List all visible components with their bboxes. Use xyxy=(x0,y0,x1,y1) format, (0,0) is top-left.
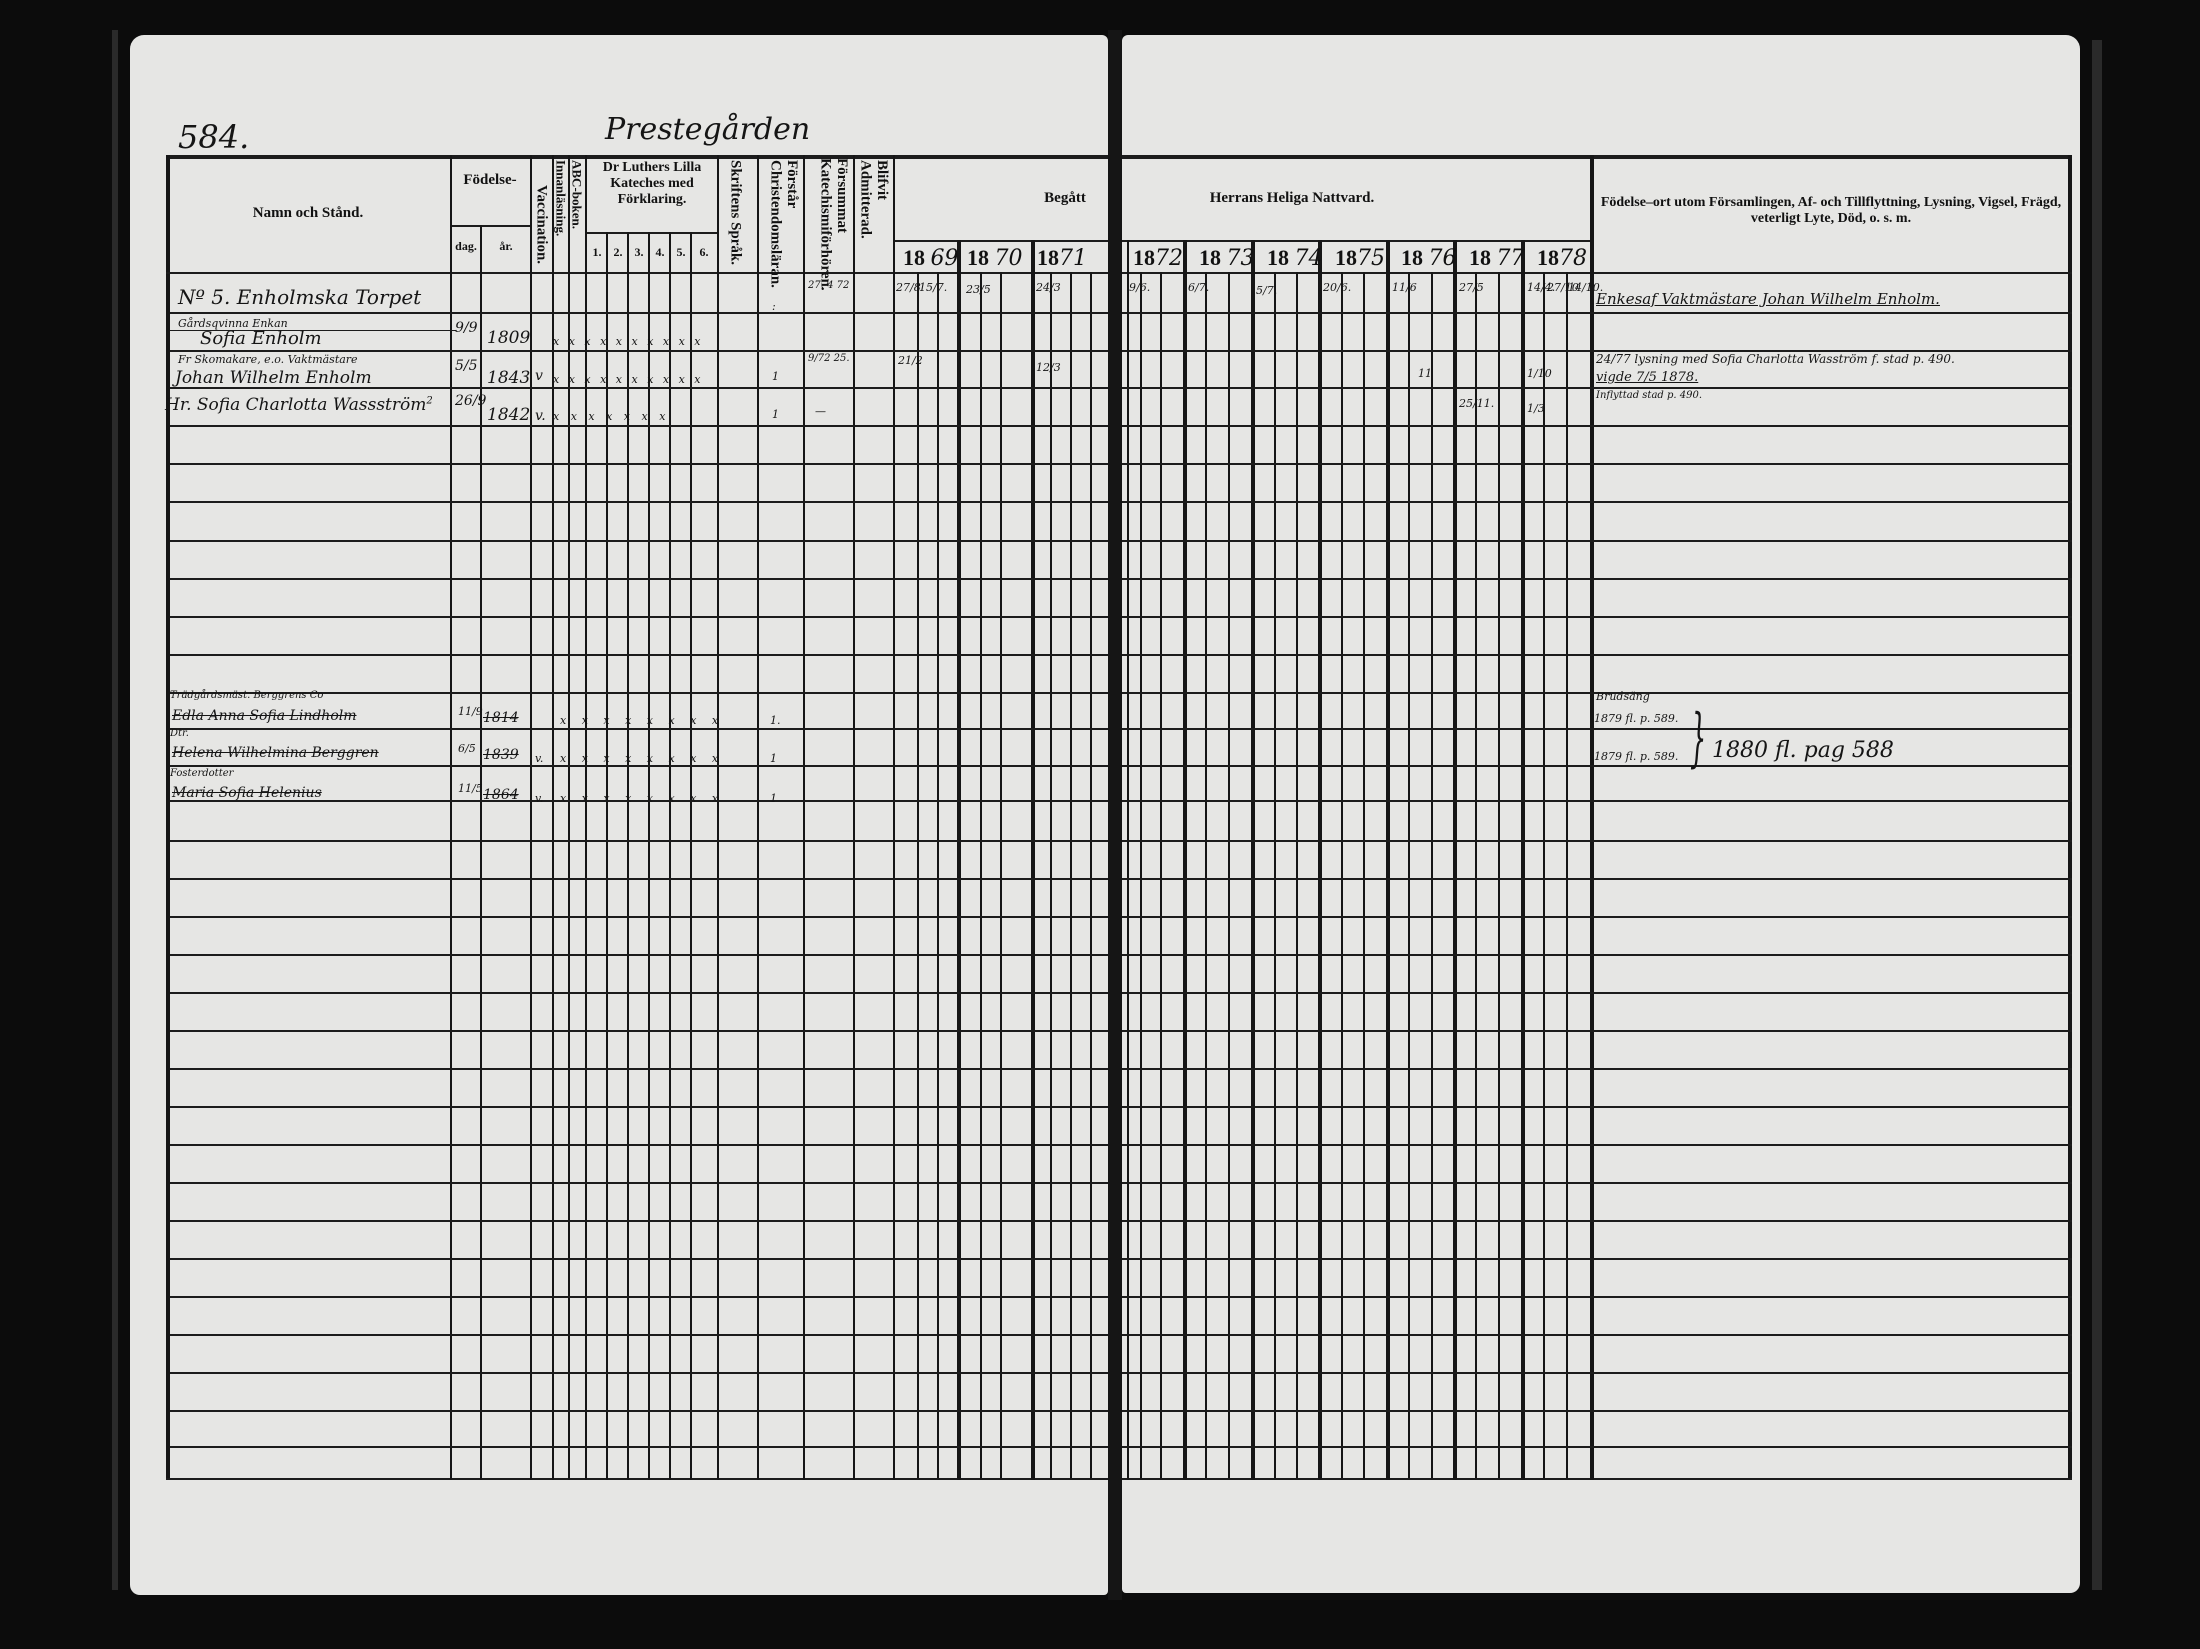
catechism-part-1: 1. xyxy=(587,246,607,260)
entry-vaccination: v. xyxy=(535,408,546,424)
row-line xyxy=(170,954,1108,956)
communion-1869-b: 15/7. xyxy=(919,282,947,294)
row-line xyxy=(1122,387,2072,389)
year-1870: 18 70 xyxy=(967,245,1023,271)
brace-icon: } xyxy=(1690,706,1706,770)
entry-col-christian: 1 xyxy=(770,792,777,805)
header-remarks: Födelse–ort utom Församlingen, Af- och T… xyxy=(1596,195,2066,227)
entry-col-christian: 1 xyxy=(772,408,779,421)
col-line xyxy=(480,225,482,1480)
right-table-bottom-border xyxy=(1122,1478,2072,1480)
header-birth-year: år. xyxy=(482,240,530,254)
right-header-bottom xyxy=(1122,272,2072,274)
row-line xyxy=(170,1220,1108,1222)
row-line xyxy=(1122,800,2072,802)
communion-1872: 9/6. xyxy=(1129,282,1150,294)
year-1876: 18 76 xyxy=(1401,245,1457,271)
header-abc-book: ABC-boken. xyxy=(569,160,583,229)
col-line xyxy=(717,155,719,1480)
nattvard-subheader-line xyxy=(1122,240,1590,242)
communion-1878-row3: 1/10 xyxy=(1527,368,1552,380)
remark: Brudsäng xyxy=(1596,690,1650,703)
begatt-subheader-line xyxy=(893,240,1108,242)
row-line xyxy=(170,350,1108,352)
entry-birth-year: 1843 xyxy=(487,368,530,388)
entry-birth-day: 11/9 xyxy=(458,705,483,718)
year-1875: 1875 xyxy=(1335,245,1385,271)
row-line xyxy=(1122,916,2072,918)
entry-name: Maria Sofia Helenius xyxy=(172,785,322,801)
row-line xyxy=(170,840,1108,842)
left-header-bottom xyxy=(166,272,1108,274)
header-christian-doctrine: Förstår Christendomsläran. xyxy=(762,160,800,270)
year-1869: 18 69 xyxy=(903,245,959,271)
catechism-part-5: 5. xyxy=(671,246,691,260)
catechism-part-6: 6. xyxy=(692,246,716,260)
row-line xyxy=(1122,1446,2072,1448)
left-table-bottom-border xyxy=(166,1478,1108,1480)
row-line xyxy=(1122,1182,2072,1184)
entry-vaccination: v. xyxy=(535,792,543,805)
row-line xyxy=(1122,1068,2072,1070)
header-begatt: Begått xyxy=(1020,190,1110,207)
row-line xyxy=(1122,463,2072,465)
row-line xyxy=(1122,728,2072,730)
remark: 24/77 lysning med Sofia Charlotta Wasstr… xyxy=(1596,352,1955,366)
row-line xyxy=(170,1334,1108,1336)
entry-marks: x x x x x x x xyxy=(553,410,669,423)
col-line xyxy=(530,155,532,1480)
header-catechism: Dr Luthers Lilla Kateches med Förklaring… xyxy=(587,160,717,208)
row-line xyxy=(1122,1296,2072,1298)
year-1874: 18 74 xyxy=(1267,245,1323,271)
row-line xyxy=(170,878,1108,880)
right-table-right-border xyxy=(2068,155,2072,1480)
communion-1877: 27/5 xyxy=(1459,282,1484,294)
row-line xyxy=(1122,840,2072,842)
col-line xyxy=(690,232,692,1480)
communion-1874: 5/7. xyxy=(1256,285,1277,297)
communion-1877-row4: 25/11. xyxy=(1459,398,1494,410)
page-edge-right xyxy=(2092,40,2102,1590)
col-line xyxy=(853,155,855,1480)
row-line xyxy=(170,992,1108,994)
header-scripture-language: Skriftens Språk. xyxy=(727,160,744,265)
header-reading: Innanläsning. xyxy=(553,160,567,236)
communion-1870-a: 23/5 xyxy=(966,284,991,296)
remark: vigde 7/5 1878. xyxy=(1596,370,1698,385)
col-line xyxy=(757,155,759,1480)
household-title: Nº 5. Enholmska Torpet xyxy=(178,285,421,309)
communion-1873: 6/7. xyxy=(1188,282,1209,294)
header-vaccination: Vaccination. xyxy=(533,185,550,264)
row-line xyxy=(1122,312,2072,314)
row-line xyxy=(170,425,1108,427)
catechism-part-4: 4. xyxy=(650,246,670,260)
row-line xyxy=(1122,1030,2072,1032)
right-table-top-border xyxy=(1122,155,2072,159)
col-line xyxy=(552,155,554,1480)
row-line xyxy=(1122,1410,2072,1412)
page-number: 584. xyxy=(178,118,249,156)
row-line xyxy=(170,578,1108,580)
entry-col-christian: : xyxy=(772,300,776,313)
entry-name: Edla Anna Sofia Lindholm xyxy=(172,708,357,724)
entry-name: Sofia Enholm xyxy=(200,328,322,349)
row-line xyxy=(170,1410,1108,1412)
header-name-and-status: Namn och Stånd. xyxy=(166,205,450,222)
catechism-part-3: 3. xyxy=(629,246,649,260)
communion-1869-a: 21/2 xyxy=(898,355,923,367)
col-line xyxy=(893,155,895,1480)
left-page xyxy=(130,35,1108,1595)
header-birth-day: dag. xyxy=(452,240,480,254)
row-line xyxy=(1122,1334,2072,1336)
entry-note: Dtr. xyxy=(170,728,189,739)
entry-birth-day: 11/5 xyxy=(458,782,483,795)
entry-col-christian: 1. xyxy=(770,714,781,727)
entry-birth-year: 1864 xyxy=(483,787,519,803)
communion-1875: 20/6. xyxy=(1323,282,1351,294)
row-line xyxy=(170,1446,1108,1448)
page-edge-left xyxy=(112,30,118,1590)
entry-note: Trädgårdsmäst. Berggrens Co xyxy=(170,690,323,701)
entry-marks: x x x x x x x x x x xyxy=(553,373,704,386)
communion-1869-a: 27/8 xyxy=(896,282,921,294)
entry-birth-day: 9/9 xyxy=(455,320,478,336)
left-table-left-border xyxy=(166,155,170,1480)
row-line xyxy=(1122,425,2072,427)
communion-1876-row3: 11 xyxy=(1418,368,1432,380)
entry-marks: x x x x x x x x xyxy=(560,752,724,765)
row-line xyxy=(1122,1220,2072,1222)
entry-note: Fosterdotter xyxy=(170,768,233,779)
entry-col-missed: — xyxy=(815,405,826,418)
row-line xyxy=(1122,540,2072,542)
row-line xyxy=(170,728,1108,730)
row-line xyxy=(1122,616,2072,618)
birth-subheader-line xyxy=(450,225,530,227)
row-line xyxy=(1122,1258,2072,1260)
row-line xyxy=(1122,501,2072,503)
entry-name: Helena Wilhelmina Berggren xyxy=(172,745,379,761)
entry-birth-day: 6/5 xyxy=(458,742,476,755)
row-line xyxy=(170,765,1108,767)
entry-birth-year: 1842 xyxy=(487,405,530,425)
row-line xyxy=(1122,578,2072,580)
row-line xyxy=(1122,1144,2072,1146)
entry-name: Hr. Sofia Charlotta Wassström2 xyxy=(165,395,433,415)
year-1873: 18 73 xyxy=(1199,245,1255,271)
remark: Enkesaf Vaktmästare Johan Wilhelm Enholm… xyxy=(1596,290,1940,308)
row-line xyxy=(1122,878,2072,880)
row-line xyxy=(1122,765,2072,767)
row-line xyxy=(170,1068,1108,1070)
remarks-column-divider xyxy=(1590,155,1594,1480)
header-birth: Födelse- xyxy=(450,172,530,189)
col-line xyxy=(585,155,587,1480)
entry-col-missed: 27. 4 72 xyxy=(808,280,849,291)
year-1878: 1878 xyxy=(1537,245,1587,271)
year-1872: 1872 xyxy=(1133,245,1183,271)
entry-birth-year: 1839 xyxy=(483,747,519,763)
row-line xyxy=(1122,992,2072,994)
entry-birth-year: 1809 xyxy=(487,328,530,348)
entry-col-christian: 1 xyxy=(770,752,777,765)
entry-name: Johan Wilhelm Enholm xyxy=(175,368,372,388)
row-line xyxy=(170,540,1108,542)
row-line xyxy=(170,1182,1108,1184)
row-line xyxy=(170,1106,1108,1108)
entry-birth-year: 1814 xyxy=(483,710,519,726)
entry-marks: x x x x x x x x xyxy=(560,792,724,805)
row-line xyxy=(170,1030,1108,1032)
row-line xyxy=(1122,1106,2072,1108)
year-1871: 1871 xyxy=(1037,245,1087,271)
header-missed-catechism: Försummat Katechismiförhören. xyxy=(808,158,850,270)
row-line xyxy=(170,1296,1108,1298)
row-line xyxy=(170,654,1108,656)
col-line xyxy=(568,155,570,1480)
header-holy-communion: Herrans Heliga Nattvard. xyxy=(1122,190,1462,207)
row-line xyxy=(170,1144,1108,1146)
entry-col-missed: 9/72 25. xyxy=(808,353,850,364)
row-line xyxy=(170,1372,1108,1374)
entry-col-christian: 1 xyxy=(772,370,779,383)
catechism-part-2: 2. xyxy=(608,246,628,260)
header-admitted: Blifvit Admitterad. xyxy=(860,160,890,240)
entry-vaccination: v xyxy=(535,368,543,384)
col-line xyxy=(450,155,452,1480)
row-line xyxy=(1122,654,2072,656)
entry-note: Fr Skomakare, e.o. Vaktmästare xyxy=(178,353,358,366)
row-line xyxy=(170,916,1108,918)
remark: 1879 fl. p. 589. xyxy=(1594,712,1678,725)
row-line xyxy=(170,312,1108,314)
remark: 1880 fl. pag 588 xyxy=(1712,738,1894,763)
entry-marks: x x x x x x x x x x xyxy=(553,335,704,348)
entry-birth-day: 26/9 xyxy=(455,393,486,409)
entry-vaccination: v. xyxy=(535,752,543,765)
communion-1871-a: 24/3 xyxy=(1036,282,1061,294)
remark: Inflyttad stad p. 490. xyxy=(1596,390,1702,401)
catechism-subheader-line xyxy=(585,232,717,234)
place-heading: Prestegården xyxy=(605,112,810,147)
remark: 1879 fl. p. 589. xyxy=(1594,750,1678,763)
row-line xyxy=(170,1258,1108,1260)
right-page xyxy=(1122,35,2080,1593)
row-line xyxy=(170,463,1108,465)
book-spine xyxy=(1108,30,1122,1600)
year-1877: 18 77 xyxy=(1469,245,1525,271)
col-line xyxy=(803,155,805,1480)
communion-1878-row4: 1/3 xyxy=(1527,403,1545,415)
row-line xyxy=(1122,1372,2072,1374)
row-line xyxy=(170,616,1108,618)
row-line xyxy=(170,501,1108,503)
left-table-top-border xyxy=(166,155,1108,159)
entry-birth-day: 5/5 xyxy=(455,358,478,374)
row-line xyxy=(1122,954,2072,956)
communion-1871-a: 12/3 xyxy=(1036,362,1061,374)
entry-marks: x x x x x x x x xyxy=(560,714,724,727)
communion-1876: 11/6 xyxy=(1392,282,1417,294)
